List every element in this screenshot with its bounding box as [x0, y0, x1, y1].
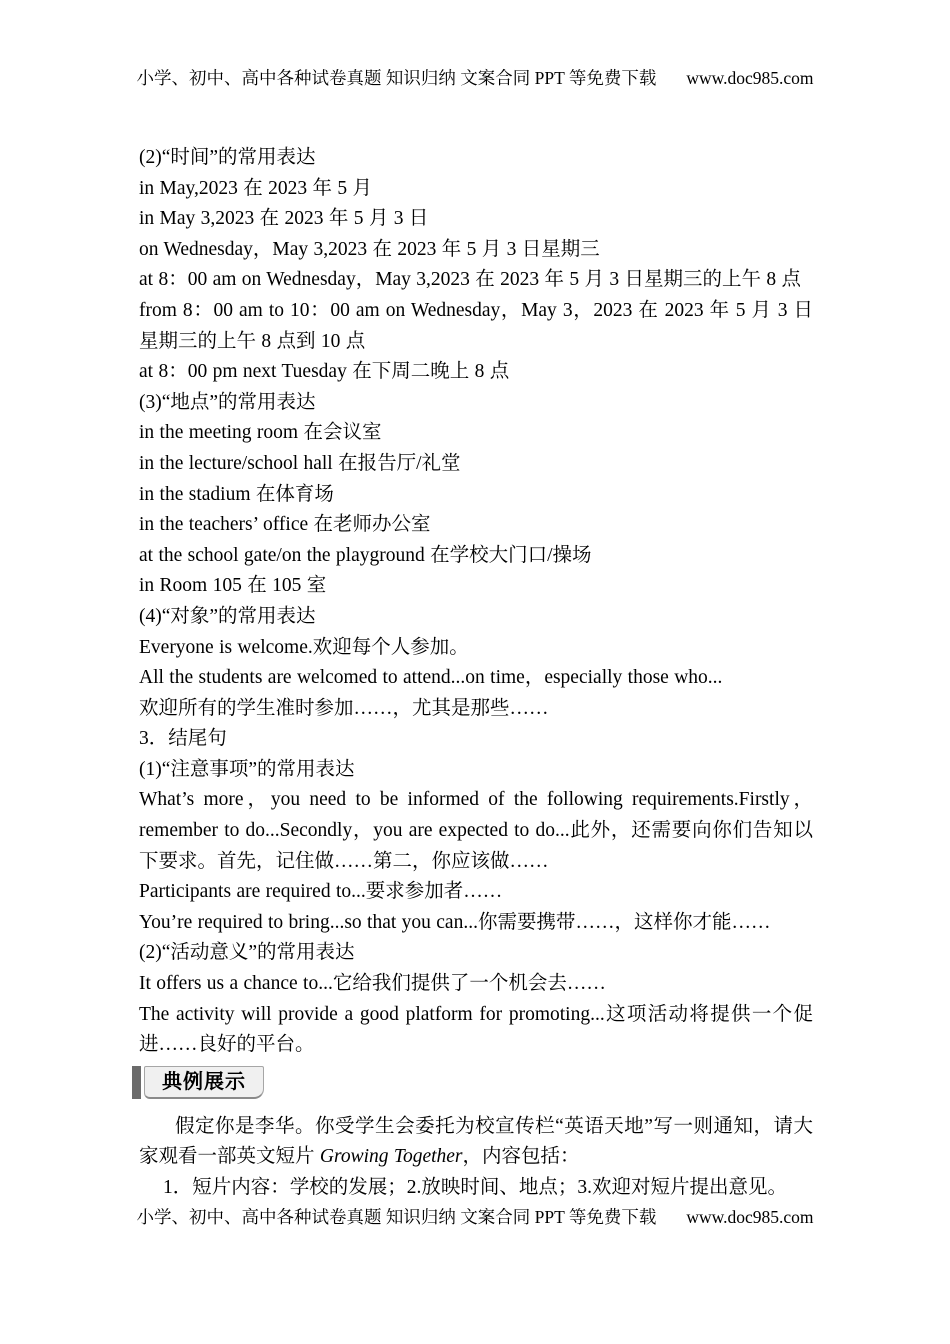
paragraph: You’re required to bring...so that you c…: [139, 908, 813, 939]
footer-url: www.doc985.com: [686, 1207, 813, 1227]
italic-text: Growing Together: [320, 1146, 463, 1167]
text-run: in the teachers’ office 在老师办公室: [139, 514, 431, 535]
text-run: Everyone is welcome.欢迎每个人参加。: [139, 637, 469, 658]
paragraph: in the teachers’ office 在老师办公室: [139, 510, 813, 541]
paragraph: on Wednesday，May 3,2023 在 2023 年 5 月 3 日…: [139, 235, 813, 266]
paragraph: in the meeting room 在会议室: [139, 418, 813, 449]
paragraph: at 8：00 am on Wednesday，May 3,2023 在 202…: [139, 265, 813, 296]
paragraph: What’s more，you need to be informed of t…: [139, 785, 813, 877]
text-run: in Room 105 在 105 室: [139, 575, 326, 596]
text-run: ，内容包括：: [463, 1146, 580, 1167]
paragraph: (2)“时间”的常用表达: [139, 143, 813, 174]
paragraph: All the students are welcomed to attend.…: [139, 663, 813, 694]
paragraph: 假定你是李华。你受学生会委托为校宣传栏“英语天地”写一则通知，请大家观看一部英文…: [139, 1112, 813, 1173]
text-run: in the meeting room 在会议室: [139, 422, 381, 443]
text-run: 1．短片内容：学校的发展；2.放映时间、地点；3.欢迎对短片提出意见。: [163, 1177, 787, 1198]
text-run: in the stadium 在体育场: [139, 484, 334, 505]
paragraph: Participants are required to...要求参加者……: [139, 877, 813, 908]
text-run: What’s more，you need to be informed of t…: [139, 789, 813, 871]
text-run: (1)“注意事项”的常用表达: [139, 759, 355, 780]
text-run: on Wednesday，May 3,2023 在 2023 年 5 月 3 日…: [139, 239, 600, 260]
paragraph: in May,2023 在 2023 年 5 月: [139, 174, 813, 205]
paragraph: 欢迎所有的学生准时参加……，尤其是那些……: [139, 694, 813, 725]
paragraph: in the stadium 在体育场: [139, 480, 813, 511]
paragraph: at 8：00 pm next Tuesday 在下周二晚上 8 点: [139, 357, 813, 388]
badge-label: 典例展示: [144, 1066, 264, 1099]
text-run: (2)“时间”的常用表达: [139, 147, 316, 168]
paragraph: (4)“对象”的常用表达: [139, 602, 813, 633]
text-run: 3．结尾句: [139, 728, 227, 749]
text-run: in the lecture/school hall 在报告厅/礼堂: [139, 453, 461, 474]
paragraph: It offers us a chance to...它给我们提供了一个机会去……: [139, 969, 813, 1000]
text-run: (3)“地点”的常用表达: [139, 392, 316, 413]
paragraph: (3)“地点”的常用表达: [139, 388, 813, 419]
paragraph: The activity will provide a good platfor…: [139, 1000, 813, 1061]
footer-note: 小学、初中、高中各种试卷真题 知识归纳 文案合同 PPT 等免费下载: [136, 1207, 656, 1227]
text-run: Participants are required to...要求参加者……: [139, 881, 502, 902]
text-run: at 8：00 am on Wednesday，May 3,2023 在 202…: [139, 269, 801, 290]
page-header: 小学、初中、高中各种试卷真题 知识归纳 文案合同 PPT 等免费下载www.do…: [0, 0, 950, 90]
text-run: The activity will provide a good platfor…: [139, 1004, 813, 1056]
text-run: at the school gate/on the playground 在学校…: [139, 545, 592, 566]
text-run: (4)“对象”的常用表达: [139, 606, 316, 627]
page-footer: 小学、初中、高中各种试卷真题 知识归纳 文案合同 PPT 等免费下载www.do…: [0, 1205, 950, 1229]
paragraph: (2)“活动意义”的常用表达: [139, 938, 813, 969]
paragraph: from 8：00 am to 10：00 am on Wednesday，Ma…: [139, 296, 813, 357]
paragraph: in May 3,2023 在 2023 年 5 月 3 日: [139, 204, 813, 235]
text-run: All the students are welcomed to attend.…: [139, 667, 722, 688]
paragraph: 1．短片内容：学校的发展；2.放映时间、地点；3.欢迎对短片提出意见。: [139, 1173, 813, 1204]
text-run: 欢迎所有的学生准时参加……，尤其是那些……: [139, 698, 549, 719]
paragraph: 3．结尾句: [139, 724, 813, 755]
badge-left-bar-icon: [132, 1066, 141, 1099]
paragraph: Everyone is welcome.欢迎每个人参加。: [139, 633, 813, 664]
text-run: You’re required to bring...so that you c…: [139, 912, 770, 933]
text-run: It offers us a chance to...它给我们提供了一个机会去……: [139, 973, 606, 994]
header-note: 小学、初中、高中各种试卷真题 知识归纳 文案合同 PPT 等免费下载: [136, 68, 656, 88]
document-page: 小学、初中、高中各种试卷真题 知识归纳 文案合同 PPT 等免费下载www.do…: [0, 0, 950, 1344]
text-run: at 8：00 pm next Tuesday 在下周二晚上 8 点: [139, 361, 509, 382]
paragraph: in the lecture/school hall 在报告厅/礼堂: [139, 449, 813, 480]
section-badge: 典例展示: [132, 1066, 813, 1099]
text-run: in May,2023 在 2023 年 5 月: [139, 178, 372, 199]
header-url: www.doc985.com: [686, 68, 813, 88]
text-run: (2)“活动意义”的常用表达: [139, 942, 355, 963]
paragraph: (1)“注意事项”的常用表达: [139, 755, 813, 786]
paragraph: at the school gate/on the playground 在学校…: [139, 541, 813, 572]
paragraph: in Room 105 在 105 室: [139, 571, 813, 602]
text-run: in May 3,2023 在 2023 年 5 月 3 日: [139, 208, 428, 229]
text-run: from 8：00 am to 10：00 am on Wednesday，Ma…: [139, 300, 813, 352]
document-body: (2)“时间”的常用表达in May,2023 在 2023 年 5 月in M…: [139, 143, 813, 1204]
